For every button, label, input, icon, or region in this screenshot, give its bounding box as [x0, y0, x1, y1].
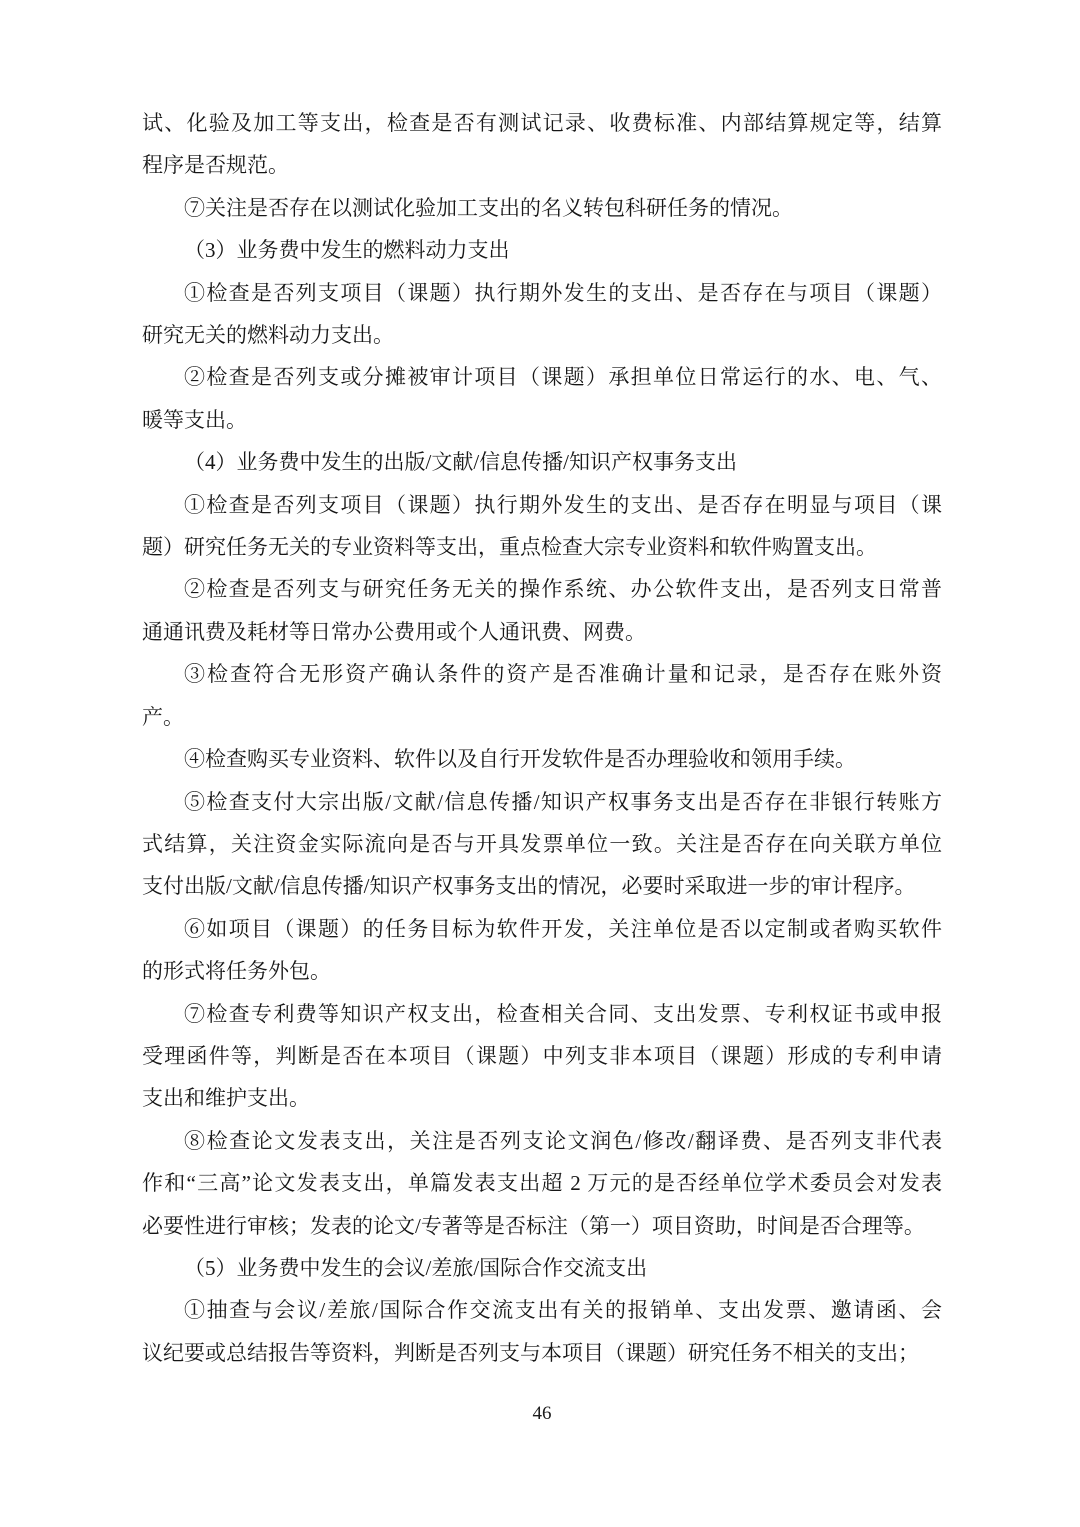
- document-page: 试、化验及加工等支出，检查是否有测试记录、收费标准、内部结算规定等，结算程序是否…: [0, 0, 1080, 1527]
- text-line: 作和“三高”论文发表支出，单篇发表支出超 2 万元的是否经单位学术委员会对发表: [142, 1162, 942, 1204]
- text-line: ②检查是否列支或分摊被审计项目（课题）承担单位日常运行的水、电、气、: [142, 356, 942, 398]
- text-line: ①检查是否列支项目（课题）执行期外发生的支出、是否存在与项目（课题）: [142, 272, 942, 314]
- text-line: 暖等支出。: [142, 399, 942, 441]
- text-line: ⑥如项目（课题）的任务目标为软件开发，关注单位是否以定制或者购买软件: [142, 908, 942, 950]
- text-line: 支出和维护支出。: [142, 1077, 942, 1119]
- text-line: （4）业务费中发生的出版/文献/信息传播/知识产权事务支出: [142, 441, 942, 483]
- text-body: 试、化验及加工等支出，检查是否有测试记录、收费标准、内部结算规定等，结算程序是否…: [142, 102, 942, 1374]
- text-line: ①检查是否列支项目（课题）执行期外发生的支出、是否存在明显与项目（课: [142, 484, 942, 526]
- text-line: ①抽查与会议/差旅/国际合作交流支出有关的报销单、支出发票、邀请函、会: [142, 1289, 942, 1331]
- text-line: 议纪要或总结报告等资料，判断是否列支与本项目（课题）研究任务不相关的支出；: [142, 1332, 942, 1374]
- text-line: 研究无关的燃料动力支出。: [142, 314, 942, 356]
- text-line: 式结算，关注资金实际流向是否与开具发票单位一致。关注是否存在向关联方单位: [142, 823, 942, 865]
- text-line: （5）业务费中发生的会议/差旅/国际合作交流支出: [142, 1247, 942, 1289]
- text-line: 程序是否规范。: [142, 144, 942, 186]
- text-line: 的形式将任务外包。: [142, 950, 942, 992]
- text-line: ⑤检查支付大宗出版/文献/信息传播/知识产权事务支出是否存在非银行转账方: [142, 781, 942, 823]
- text-line: ③检查符合无形资产确认条件的资产是否准确计量和记录，是否存在账外资: [142, 653, 942, 695]
- text-line: 产。: [142, 696, 942, 738]
- text-line: 题）研究任务无关的专业资料等支出，重点检查大宗专业资料和软件购置支出。: [142, 526, 942, 568]
- text-line: ⑦检查专利费等知识产权支出，检查相关合同、支出发票、专利权证书或申报: [142, 993, 942, 1035]
- text-line: 必要性进行审核；发表的论文/专著等是否标注（第一）项目资助，时间是否合理等。: [142, 1205, 942, 1247]
- text-line: 试、化验及加工等支出，检查是否有测试记录、收费标准、内部结算规定等，结算: [142, 102, 942, 144]
- text-line: ⑧检查论文发表支出，关注是否列支论文润色/修改/翻译费、是否列支非代表: [142, 1120, 942, 1162]
- text-line: （3）业务费中发生的燃料动力支出: [142, 229, 942, 271]
- text-line: ④检查购买专业资料、软件以及自行开发软件是否办理验收和领用手续。: [142, 738, 942, 780]
- text-line: ⑦关注是否存在以测试化验加工支出的名义转包科研任务的情况。: [142, 187, 942, 229]
- text-line: 支付出版/文献/信息传播/知识产权事务支出的情况，必要时采取进一步的审计程序。: [142, 865, 942, 907]
- text-line: 通通讯费及耗材等日常办公费用或个人通讯费、网费。: [142, 611, 942, 653]
- text-line: ②检查是否列支与研究任务无关的操作系统、办公软件支出，是否列支日常普: [142, 568, 942, 610]
- text-line: 受理函件等，判断是否在本项目（课题）中列支非本项目（课题）形成的专利申请: [142, 1035, 942, 1077]
- page-number: 46: [142, 1402, 942, 1426]
